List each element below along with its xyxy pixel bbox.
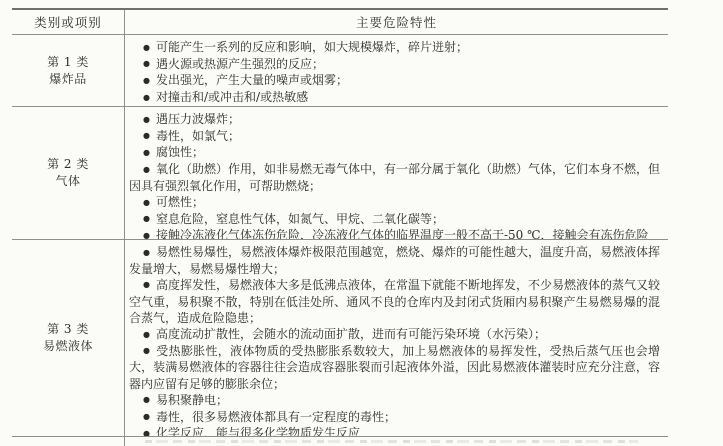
category-cell: 第 1 类爆炸品 <box>12 35 125 106</box>
category-cell: 第 2 类气体 <box>12 107 125 239</box>
category-label: 第 2 类 <box>47 156 89 173</box>
hazard-item: 遇火源或热源产生强烈的反应； <box>129 56 660 73</box>
hazard-cell: 遇压力波爆炸；毒性，如氯气；腐蚀性；氧化（助燃）作用，如非易燃无毒气体中，有一部… <box>125 107 668 239</box>
table-row: 第 1 类爆炸品可能产生一系列的反应和影响，如大规模爆炸，碎片迸射；遇火源或热源… <box>12 35 668 107</box>
truncated-category-cell <box>12 437 125 446</box>
hazard-cell: 可能产生一系列的反应和影响，如大规模爆炸，碎片迸射；遇火源或热源产生强烈的反应；… <box>125 35 668 106</box>
truncated-hazard-cell <box>125 437 668 446</box>
scanned-page: 类别或项别 主要危险特性 第 1 类爆炸品可能产生一系列的反应和影响，如大规模爆… <box>0 0 723 446</box>
table-header-row: 类别或项别 主要危险特性 <box>12 10 668 35</box>
category-label: 第 3 类 <box>47 321 89 338</box>
clipped-text-remnant <box>145 440 638 443</box>
hazard-item: 易积聚静电； <box>129 392 660 409</box>
hazard-item: 可燃性； <box>129 194 660 211</box>
table-body: 第 1 类爆炸品可能产生一系列的反应和影响，如大规模爆炸，碎片迸射；遇火源或热源… <box>12 35 668 437</box>
hazard-item: 易燃性易爆性，易燃液体爆炸极限范围越宽，燃烧、爆炸的可能性越大，温度升高，易燃液… <box>129 244 660 277</box>
hazard-item: 接触冷冻液化气体冻伤危险，冷冻液化气体的临界温度一般不高于-50 ℃，接触会有冻… <box>129 227 660 240</box>
hazard-item: 对撞击和/或冲击和/或热敏感 <box>129 89 660 106</box>
table-row: 第 2 类气体遇压力波爆炸；毒性，如氯气；腐蚀性；氧化（助燃）作用，如非易燃无毒… <box>12 107 668 240</box>
hazard-item: 高度流动扩散性，会随水的流动面扩散，进而有可能污染环境（水污染）； <box>129 326 660 343</box>
hazard-item: 遇压力波爆炸； <box>129 111 660 128</box>
hazard-item: 高度挥发性，易燃液体大多是低沸点液体，在常温下就能不断地挥发，不少易燃液体的蒸气… <box>129 277 660 326</box>
hazard-item: 腐蚀性； <box>129 144 660 161</box>
hazard-item: 化学反应，能与很多化学物质发生反应 <box>129 425 660 437</box>
truncated-next-row <box>12 437 668 446</box>
category-label: 易燃液体 <box>43 338 93 355</box>
category-label: 气体 <box>55 173 80 190</box>
category-cell: 第 3 类易燃液体 <box>12 240 125 436</box>
hazard-cell: 易燃性易爆性，易燃液体爆炸极限范围越宽，燃烧、爆炸的可能性越大，温度升高，易燃液… <box>125 240 668 436</box>
hazard-item: 窒息危险，窒息性气体，如氮气、甲烷、二氧化碳等； <box>129 211 660 228</box>
hazard-item: 毒性，很多易燃液体都具有一定程度的毒性； <box>129 409 660 426</box>
hazard-table: 类别或项别 主要危险特性 第 1 类爆炸品可能产生一系列的反应和影响，如大规模爆… <box>12 8 668 446</box>
category-label: 爆炸品 <box>49 71 87 88</box>
table-row: 第 3 类易燃液体易燃性易爆性，易燃液体爆炸极限范围越宽，燃烧、爆炸的可能性越大… <box>12 240 668 437</box>
hazard-item: 可能产生一系列的反应和影响，如大规模爆炸，碎片迸射； <box>129 39 660 56</box>
header-hazard-column: 主要危险特性 <box>125 10 668 34</box>
hazard-item: 受热膨胀性，液体物质的受热膨胀系数较大，加上易燃液体的易挥发性，受热后蒸气压也会… <box>129 343 660 392</box>
hazard-item: 发出强光，产生大量的噪声或烟雾； <box>129 72 660 89</box>
hazard-item: 氧化（助燃）作用，如非易燃无毒气体中，有一部分属于氧化（助燃）气体，它们本身不燃… <box>129 161 660 194</box>
hazard-item: 毒性，如氯气； <box>129 128 660 145</box>
category-label: 第 1 类 <box>47 54 89 71</box>
header-category-column: 类别或项别 <box>12 10 125 34</box>
